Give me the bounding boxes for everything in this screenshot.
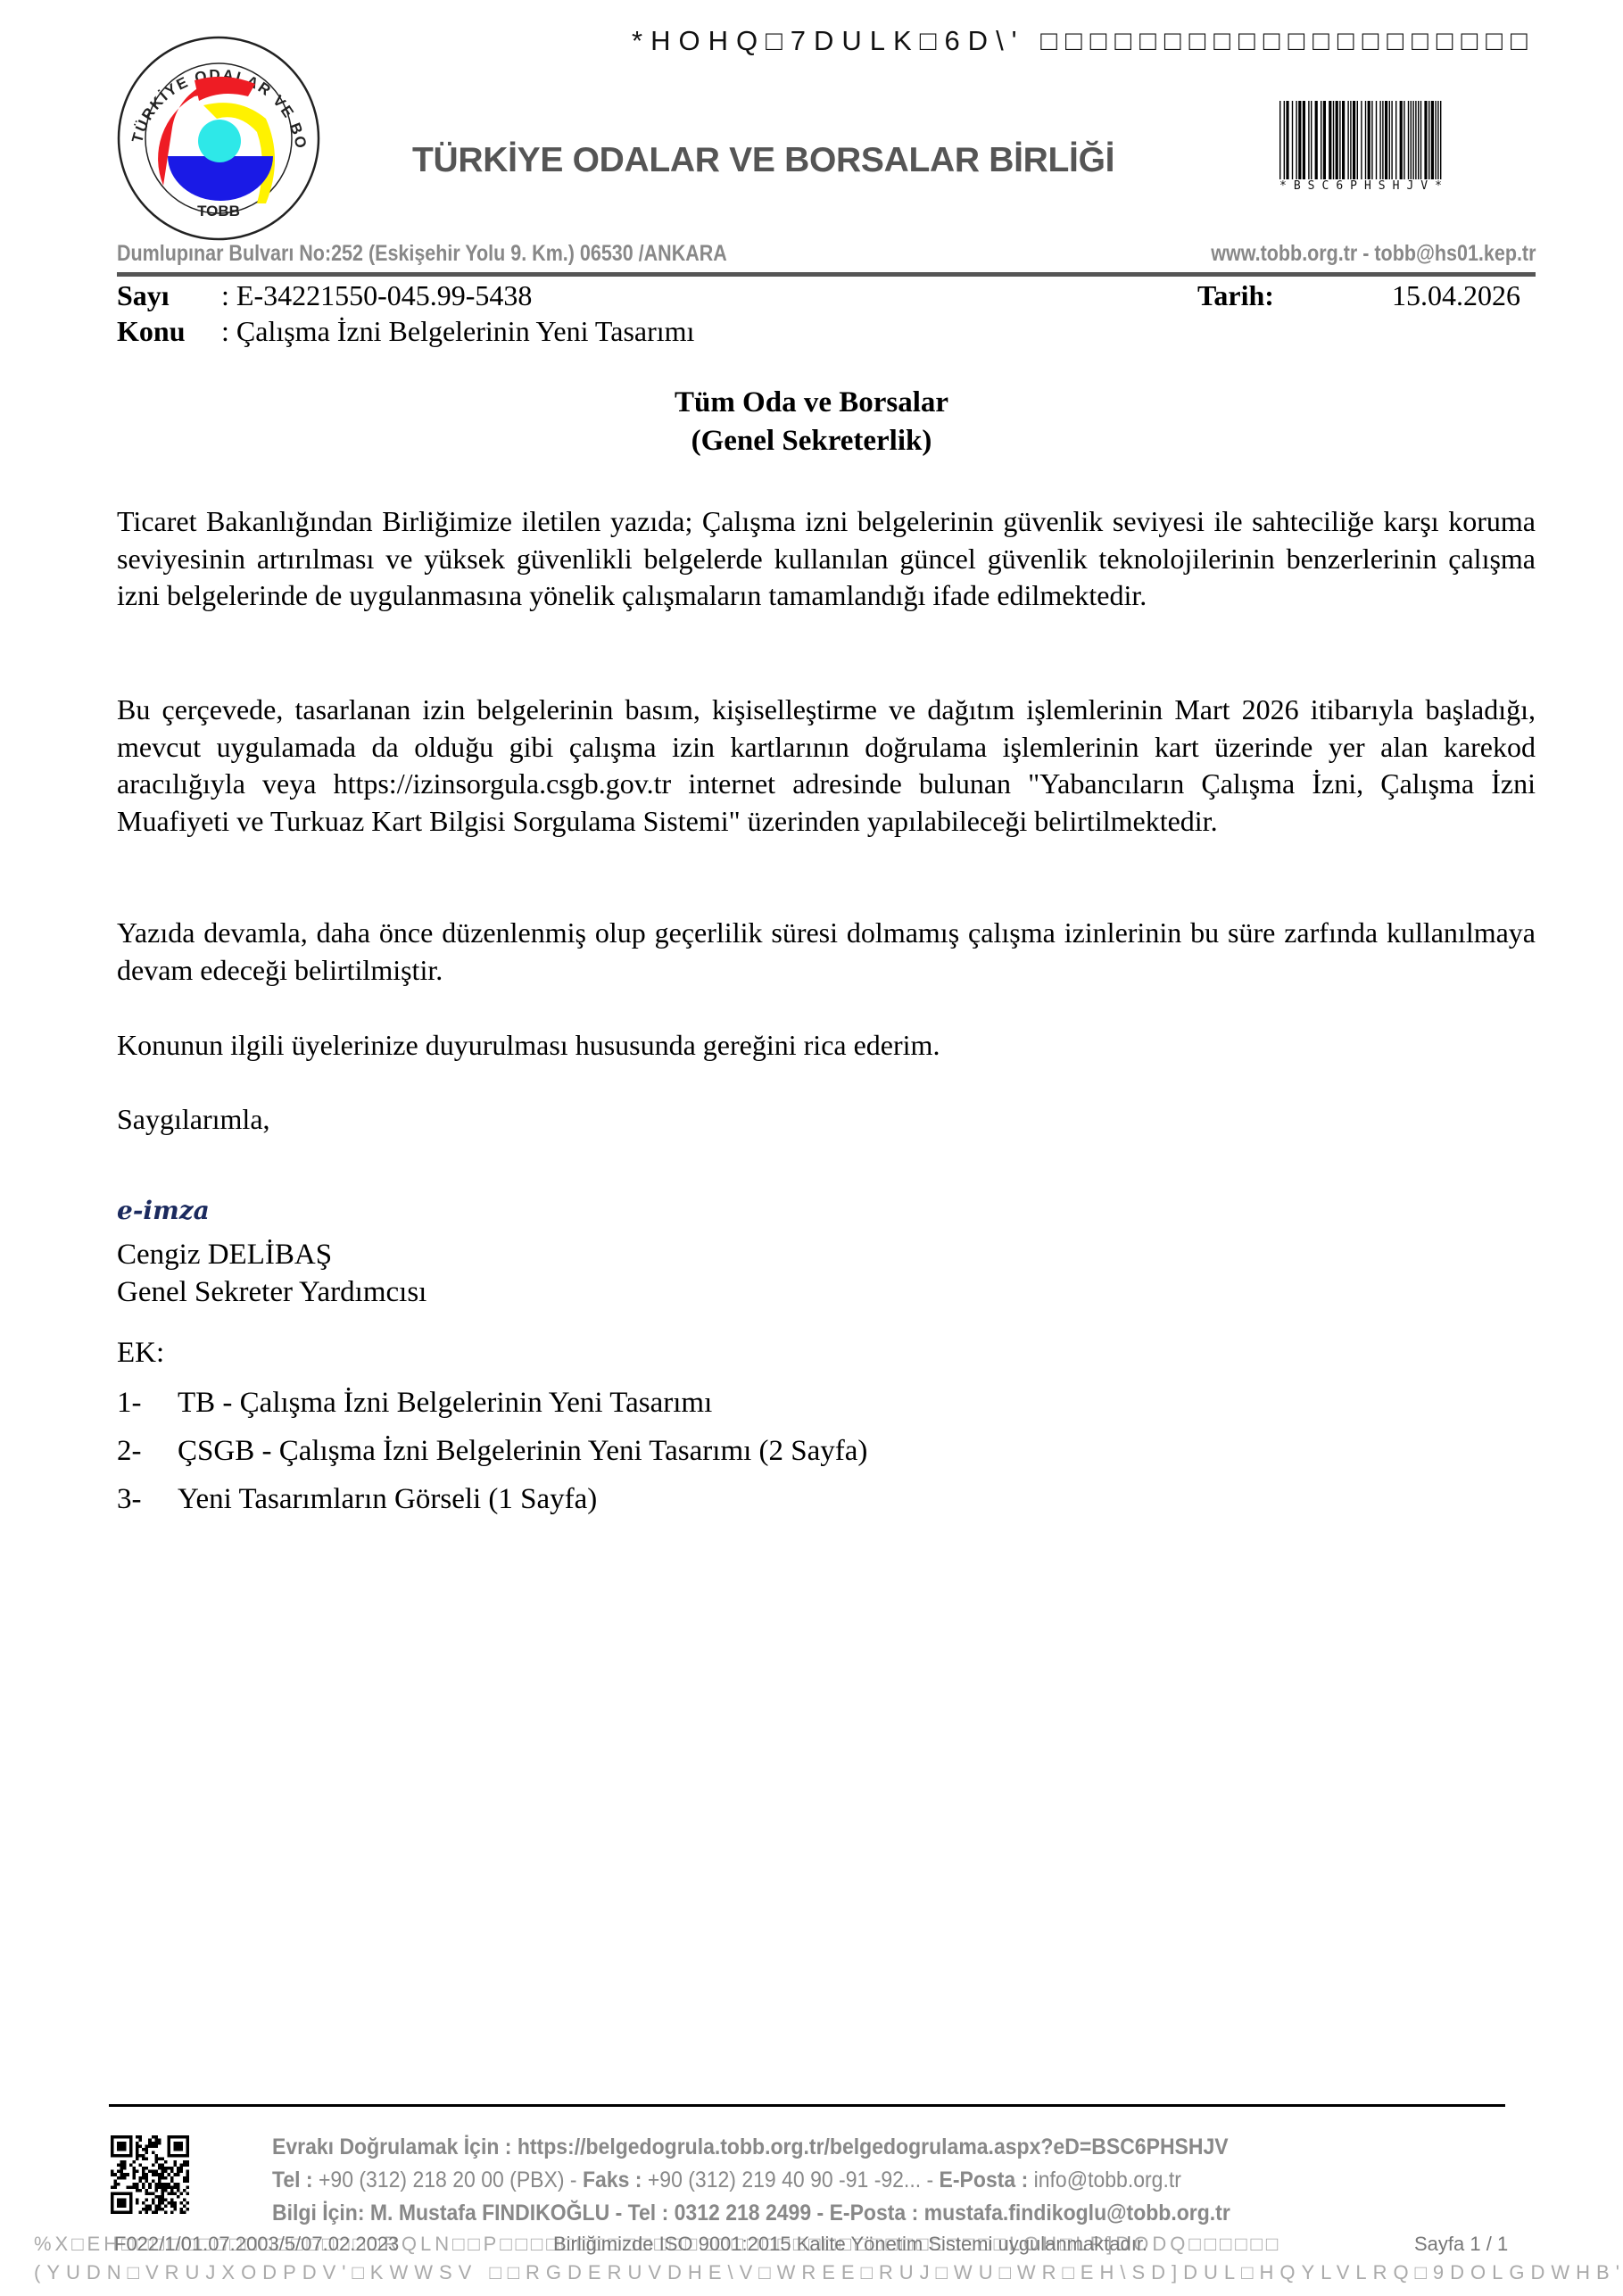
tel-line: Tel : +90 (312) 218 20 00 (PBX) - Faks :… (272, 2164, 1230, 2197)
e-signature-mark: e-imza (117, 1196, 210, 1225)
attachment-title: TB - Çalışma İzni Belgelerinin Yeni Tasa… (178, 1379, 712, 1427)
addressee-line-1: Tüm Oda ve Borsalar (0, 384, 1623, 422)
verify-url-link[interactable]: https://belgedogrula.tobb.org.tr/belgedo… (518, 2134, 1229, 2159)
body-paragraph-2: Bu çerçevede, tasarlanan izin belgelerin… (117, 692, 1536, 840)
tarih-value: 15.04.2026 (1392, 279, 1520, 312)
konu-label: Konu (117, 315, 185, 348)
body-paragraph-4: Konunun ilgili üyelerinize duyurulması h… (117, 1027, 1536, 1065)
organization-web-contact[interactable]: www.tobb.org.tr - tobb@hs01.kep.tr (1211, 241, 1536, 267)
organization-title: TÜRKİYE ODALAR VE BORSALAR BİRLİĞİ (412, 141, 1114, 180)
svg-text:TOBB: TOBB (197, 203, 240, 220)
header-divider (117, 272, 1536, 277)
attachment-number: 2- (117, 1427, 178, 1475)
addressee-line-2: (Genel Sekreterlik) (0, 422, 1623, 460)
closing-salutation: Saygılarımla, (117, 1101, 1536, 1139)
attachment-item[interactable]: 1- TB - Çalışma İzni Belgelerinin Yeni T… (117, 1379, 867, 1427)
signer-title: Genel Sekreter Yardımcısı (117, 1273, 426, 1311)
iso-statement: Birliğimizde ISO 9001:2015 Kalite Yöneti… (553, 2233, 1147, 2256)
footer-divider (109, 2104, 1505, 2107)
page-number: Sayfa 1 / 1 (1414, 2233, 1508, 2256)
addressee-block: Tüm Oda ve Borsalar (Genel Sekreterlik) (0, 384, 1623, 460)
qr-code-icon (111, 2135, 189, 2214)
contact-email-link[interactable]: E-Posta : mustafa.findikoglu@tobb.org.tr (830, 2201, 1230, 2226)
attachment-number: 1- (117, 1379, 178, 1427)
tarih-label: Tarih: (1197, 279, 1274, 312)
signer-block: Cengiz DELİBAŞ Genel Sekreter Yardımcısı (117, 1236, 426, 1311)
konu-value: : Çalışma İzni Belgelerinin Yeni Tasarım… (221, 315, 694, 348)
attachment-title: ÇSGB - Çalışma İzni Belgelerinin Yeni Ta… (178, 1427, 867, 1475)
footer-encoded-text-2: (YUDN□VRUJXODPDV'□KWWSV □□RGDERUVDHE\V□W… (34, 2261, 1604, 2284)
tobb-logo-icon: TÜRKİYE ODALAR VE BORSALAR BİRLİĞİ TOBB (114, 34, 324, 244)
attachments-list: 1- TB - Çalışma İzni Belgelerinin Yeni T… (117, 1379, 867, 1523)
footer-contact-info: Evrakı Doğrulamak İçin : https://belgedo… (272, 2131, 1230, 2230)
info-email-link[interactable]: info@tobb.org.tr (1034, 2168, 1181, 2192)
body-paragraph-3: Yazıda devamla, daha önce düzenlenmiş ol… (117, 915, 1536, 989)
sayi-label: Sayı (117, 279, 170, 312)
barcode-code-text: *BSC6PHSHJV* (1279, 179, 1442, 193)
attachment-item[interactable]: 3- Yeni Tasarımların Görseli (1 Sayfa) (117, 1475, 867, 1523)
form-code: F022/1/01.07.2003/5/07.02.2023 (114, 2233, 399, 2256)
document-barcode (1279, 101, 1442, 179)
info-contact-line: Bilgi İçin: M. Mustafa FINDIKOĞLU - Tel … (272, 2197, 1230, 2230)
organization-address: Dumlupınar Bulvarı No:252 (Eskişehir Yol… (117, 241, 727, 267)
attachments-label: EK: (117, 1337, 164, 1370)
attachment-title: Yeni Tasarımların Görseli (1 Sayfa) (178, 1475, 597, 1523)
attachment-item[interactable]: 2- ÇSGB - Çalışma İzni Belgelerinin Yeni… (117, 1427, 867, 1475)
attachment-number: 3- (117, 1475, 178, 1523)
verification-qr-code[interactable] (111, 2135, 189, 2214)
header-encoded-text: *HOHQ□7DULK□6D\' □□□□□□□□□□□□□□□□□□□□ (632, 25, 1536, 57)
tobb-logo: TÜRKİYE ODALAR VE BORSALAR BİRLİĞİ TOBB (114, 34, 324, 244)
sayi-value: : E-34221550-045.99-5438 (221, 279, 532, 312)
barcode-icon (1279, 101, 1442, 179)
verify-line: Evrakı Doğrulamak İçin : https://belgedo… (272, 2131, 1230, 2164)
signer-name: Cengiz DELİBAŞ (117, 1236, 426, 1273)
body-paragraph-1: Ticaret Bakanlığından Birliğimize iletil… (117, 503, 1536, 615)
